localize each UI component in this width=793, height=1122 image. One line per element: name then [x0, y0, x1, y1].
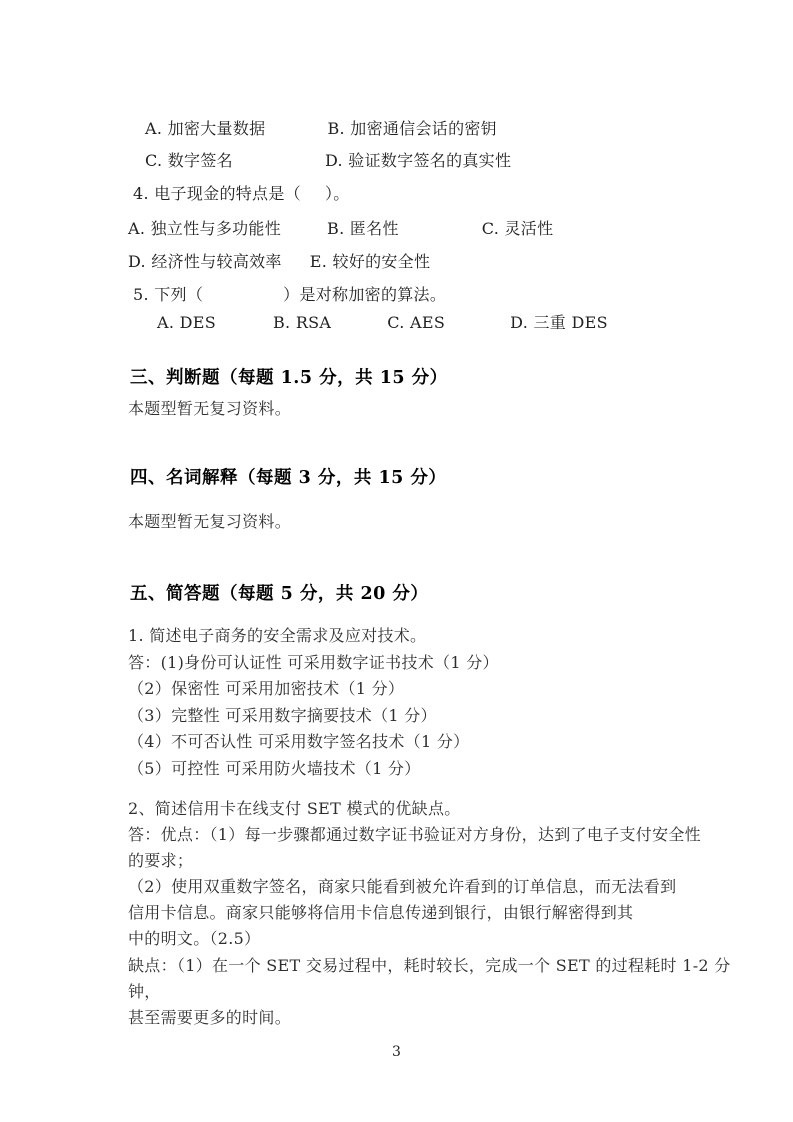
section-heading-terms: 四、名词解释（每题 3 分，共 15 分）	[130, 465, 753, 491]
text-segment: 4. 电子现金的特点是（	[133, 183, 301, 205]
section-heading-judgment: 三、判断题（每题 1.5 分，共 15 分）	[130, 365, 753, 391]
page-number: 3	[0, 1044, 793, 1060]
answer-line: （5）可控性 可采用防火墙技术（1 分）	[128, 758, 753, 780]
mc-options-row: A. 加密大量数据B. 加密通信会话的密钥	[145, 118, 753, 140]
text-segment: （3）完整性 可采用数字摘要技术（1 分）	[128, 705, 437, 727]
text-segment: （5）可控性 可采用防火墙技术（1 分）	[128, 758, 421, 780]
answer-line: （2）保密性 可采用加密技术（1 分）	[128, 678, 753, 700]
text-segment: D. 验证数字签名的真实性	[325, 150, 511, 172]
answer-line: 甚至需要更多的时间。	[128, 1007, 753, 1029]
text-segment: ）。	[325, 183, 350, 205]
answer-line: 缺点：（1）在一个 SET 交易过程中，耗时较长，完成一个 SET 的过程耗时 …	[128, 955, 753, 977]
short-answer-question: 2、简述信用卡在线支付 SET 模式的优缺点。	[128, 798, 753, 820]
text-segment: B. 匿名性	[327, 218, 399, 240]
answer-line: 钟，	[128, 981, 753, 1003]
section-heading-short-answer: 五、简答题（每题 5 分，共 20 分）	[130, 581, 753, 607]
text-segment: 本题型暂无复习资料。	[128, 398, 291, 420]
answer-line: 答：优点：（1）每一步骤都通过数字证书验证对方身份，达到了电子支付安全性	[128, 824, 753, 846]
text-segment: 5. 下列（	[133, 284, 203, 306]
answer-line: 答：(1)身份可认证性 可采用数字证书技术（1 分）	[128, 652, 753, 674]
answer-line: （3）完整性 可采用数字摘要技术（1 分）	[128, 705, 753, 727]
answer-line: （2）使用双重数字签名，商家只能看到被允许看到的订单信息，而无法看到	[128, 876, 753, 898]
mc-options-row: D. 经济性与较高效率E. 较好的安全性	[128, 251, 753, 273]
text-segment: C. 灵活性	[482, 218, 554, 240]
section-note: 本题型暂无复习资料。	[128, 511, 753, 533]
text-segment: ）是对称加密的算法。	[283, 284, 446, 306]
text-segment: A. DES	[157, 312, 216, 334]
answer-line: 的要求；	[128, 850, 753, 872]
text-segment: A. 加密大量数据	[145, 118, 265, 140]
text-segment: D. 三重 DES	[510, 312, 608, 334]
answer-line: （4）不可否认性 可采用数字签名技术（1 分）	[128, 731, 753, 753]
mc-options-row: A. 独立性与多功能性B. 匿名性C. 灵活性	[128, 218, 753, 240]
text-segment: C. AES	[387, 312, 445, 334]
text-segment: 钟，	[128, 981, 161, 1003]
text-segment: 答：优点：（1）每一步骤都通过数字证书验证对方身份，达到了电子支付安全性	[128, 824, 701, 846]
mc-options-row: C. 数字签名D. 验证数字签名的真实性	[145, 150, 753, 172]
mc-options-row: A. DESB. RSAC. AESD. 三重 DES	[157, 312, 753, 334]
text-segment: 三、判断题（每题 1.5 分，共 15 分）	[130, 365, 448, 391]
text-segment: 的要求；	[128, 850, 193, 872]
short-answer-question: 1. 简述电子商务的安全需求及应对技术。	[128, 625, 753, 647]
answer-line: 中的明文。（2.5）	[128, 928, 753, 950]
text-segment: 缺点：（1）在一个 SET 交易过程中，耗时较长，完成一个 SET 的过程耗时 …	[128, 955, 731, 977]
mc-question: 4. 电子现金的特点是（）。	[133, 183, 753, 205]
mc-question: 5. 下列（）是对称加密的算法。	[133, 284, 753, 306]
document-content: A. 加密大量数据B. 加密通信会话的密钥C. 数字签名D. 验证数字签名的真实…	[128, 118, 753, 1029]
text-segment: 四、名词解释（每题 3 分，共 15 分）	[130, 465, 446, 491]
answer-line: 信用卡信息。商家只能够将信用卡信息传递到银行，由银行解密得到其	[128, 902, 753, 924]
text-segment: D. 经济性与较高效率	[128, 251, 282, 273]
document-page: A. 加密大量数据B. 加密通信会话的密钥C. 数字签名D. 验证数字签名的真实…	[0, 0, 793, 1122]
text-segment: 2、简述信用卡在线支付 SET 模式的优缺点。	[128, 798, 461, 820]
text-segment: （2）保密性 可采用加密技术（1 分）	[128, 678, 404, 700]
text-segment: 甚至需要更多的时间。	[128, 1007, 291, 1029]
text-segment: 信用卡信息。商家只能够将信用卡信息传递到银行，由银行解密得到其	[128, 902, 633, 924]
text-segment: A. 独立性与多功能性	[128, 218, 281, 240]
text-segment: （4）不可否认性 可采用数字签名技术（1 分）	[128, 731, 469, 753]
text-segment: 五、简答题（每题 5 分，共 20 分）	[130, 581, 428, 607]
section-note: 本题型暂无复习资料。	[128, 398, 753, 420]
text-segment: 1. 简述电子商务的安全需求及应对技术。	[128, 625, 426, 647]
text-segment: E. 较好的安全性	[310, 251, 431, 273]
text-segment: B. RSA	[273, 312, 331, 334]
text-segment: 中的明文。（2.5）	[128, 928, 260, 950]
text-segment: （2）使用双重数字签名，商家只能看到被允许看到的订单信息，而无法看到	[128, 876, 676, 898]
text-segment: C. 数字签名	[145, 150, 233, 172]
text-segment: B. 加密通信会话的密钥	[327, 118, 497, 140]
text-segment: 本题型暂无复习资料。	[128, 511, 291, 533]
text-segment: 答：(1)身份可认证性 可采用数字证书技术（1 分）	[128, 652, 499, 674]
